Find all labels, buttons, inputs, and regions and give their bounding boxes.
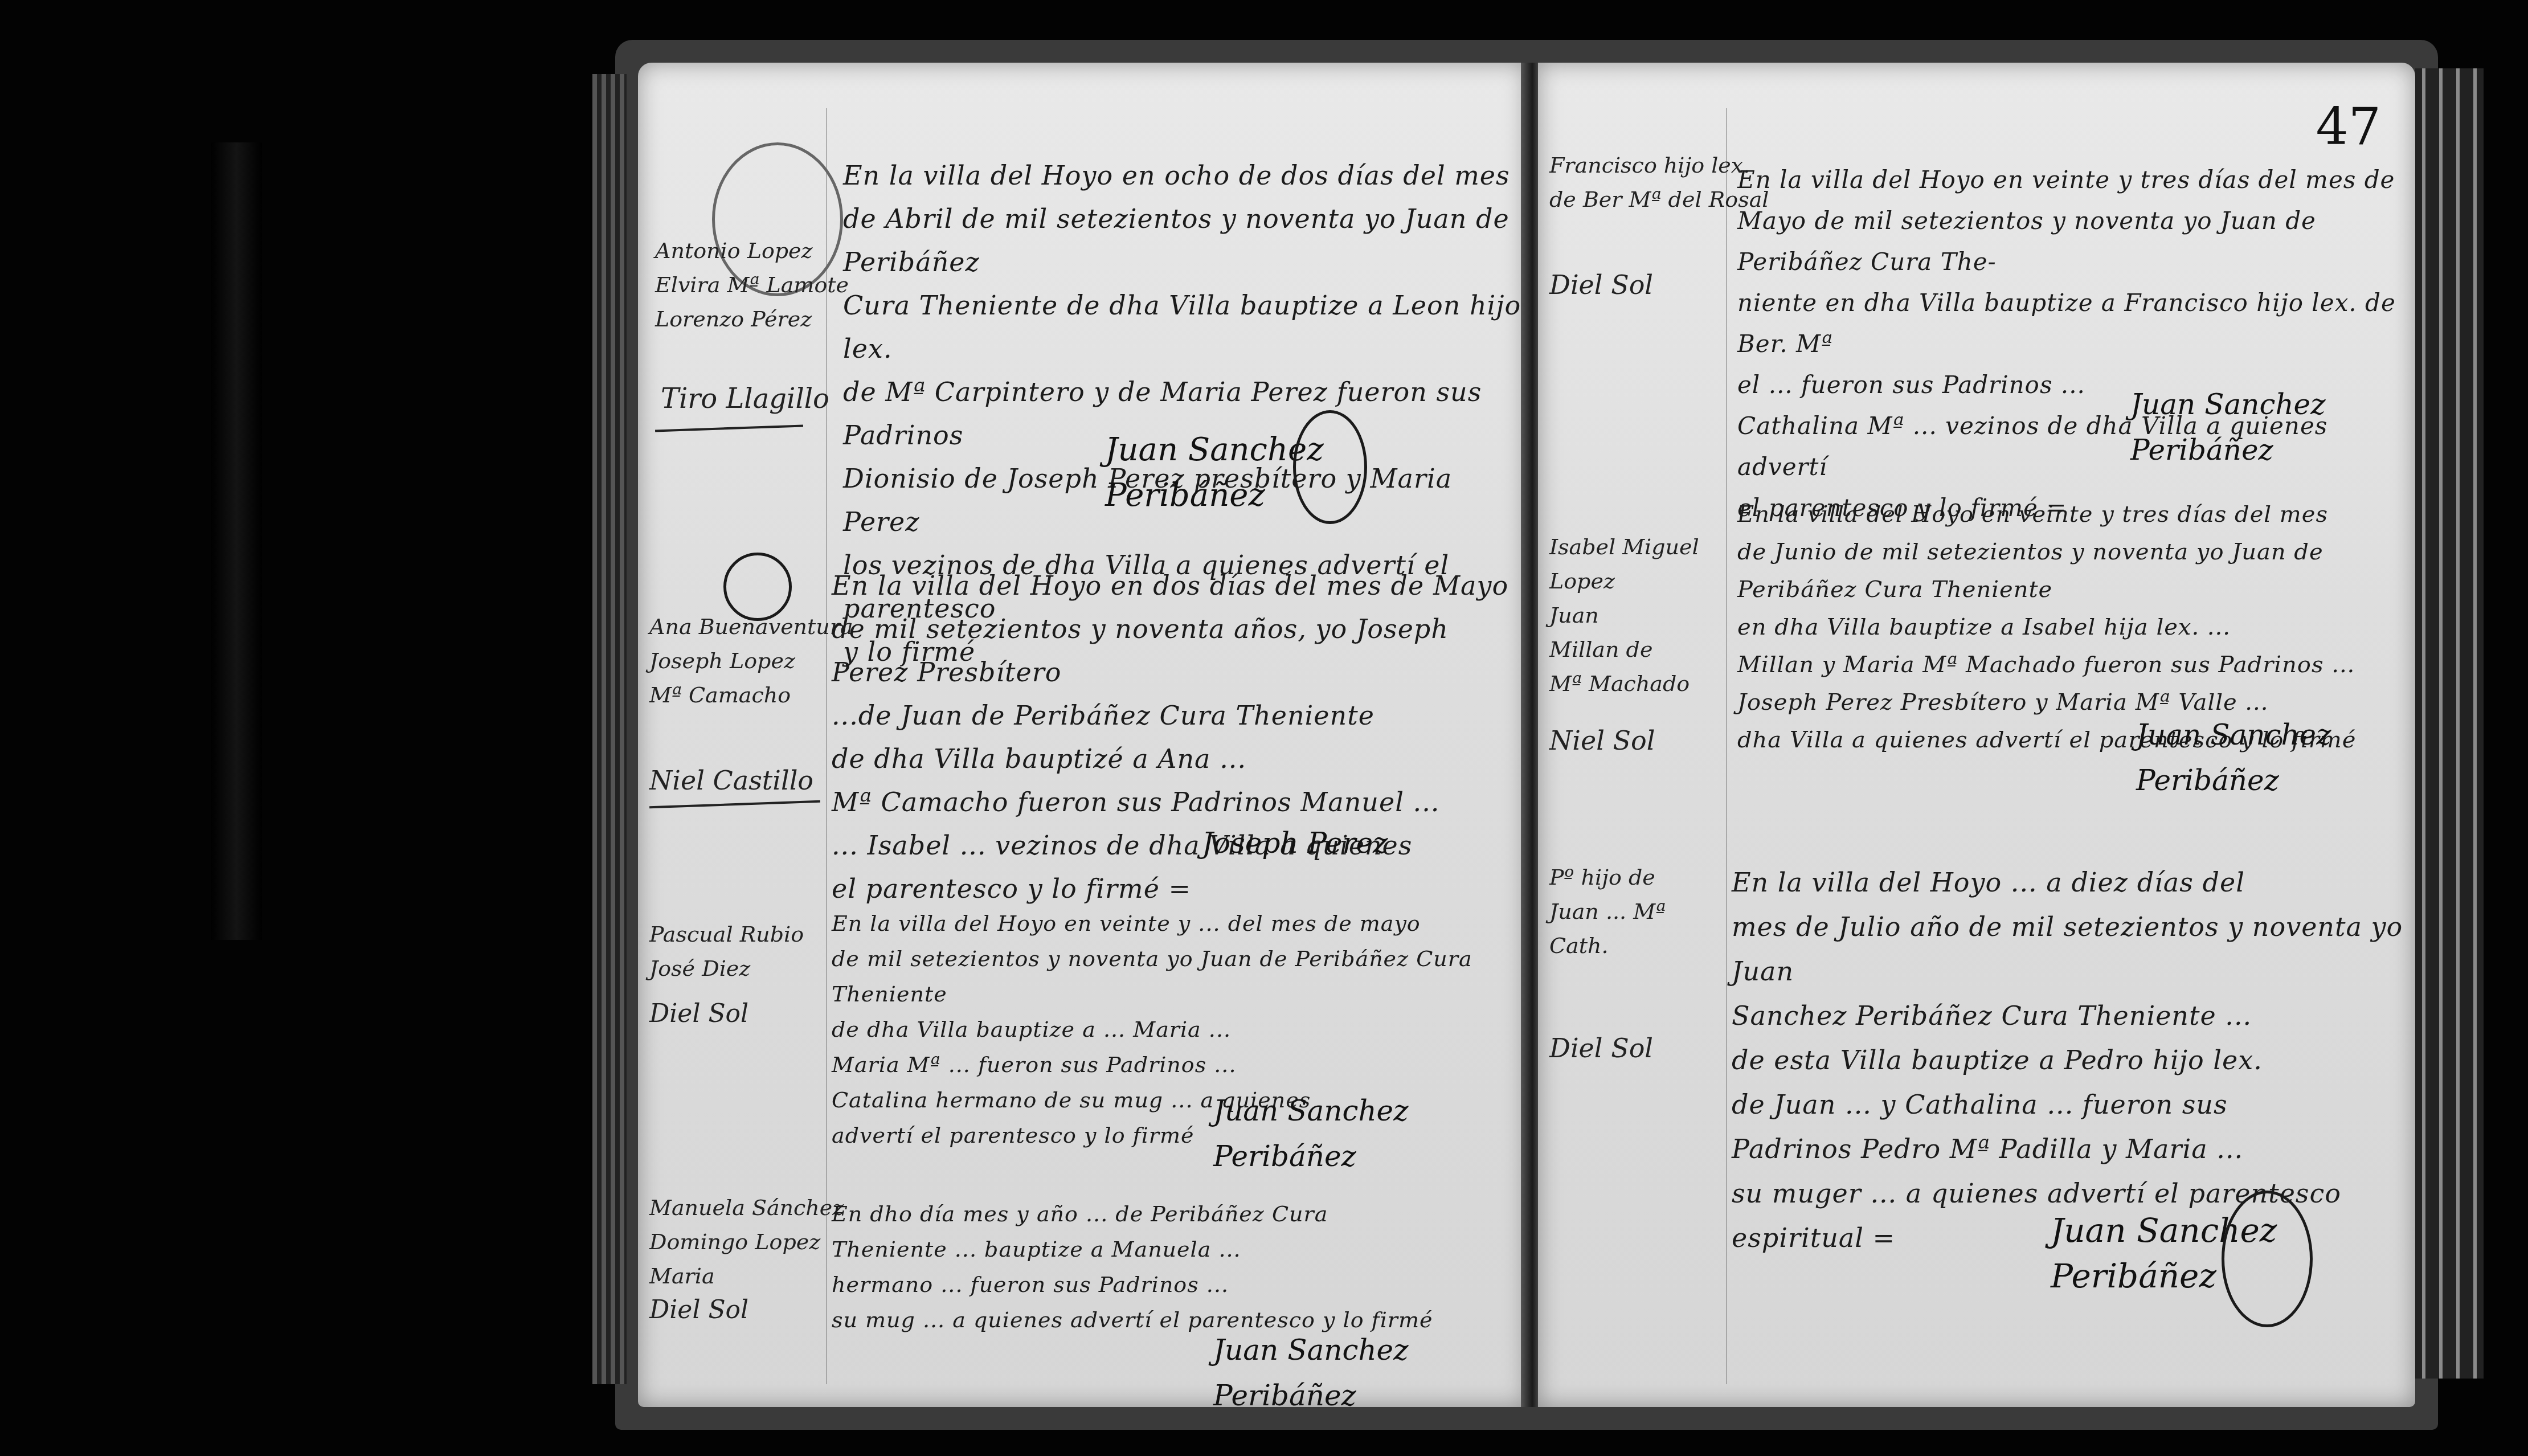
baptism-entry: En la villa del Hoyo en veinte y tres dí… xyxy=(1737,159,2415,529)
open-register-book: Antonio Lopez Elvira Mª Lamote Lorenzo P… xyxy=(615,40,2438,1430)
margin-note: Diel Sol xyxy=(649,997,748,1031)
signature-flourish xyxy=(2222,1191,2313,1327)
divider-line xyxy=(655,424,803,432)
page-edges xyxy=(2415,68,2484,1379)
signature: Joseph Perez xyxy=(1202,820,1388,866)
signature: Juan Sanchez Peribáñez xyxy=(1213,1327,1409,1418)
margin-note: Pascual Rubio José Diez xyxy=(649,917,804,985)
margin-rule xyxy=(1726,108,1727,1384)
margin-note: Pº hijo de Juan ... Mª Cath. xyxy=(1549,860,1666,963)
signature: Juan Sanchez Peribáñez xyxy=(2130,382,2326,473)
margin-note: Niel Sol xyxy=(1549,723,1655,758)
margin-note: Tiro Llagillo xyxy=(661,382,829,416)
margin-note: Diel Sol xyxy=(1549,1031,1653,1065)
margin-note: Antonio Lopez Elvira Mª Lamote Lorenzo P… xyxy=(655,234,849,336)
margin-note: Manuela Sánchez Domingo Lopez Maria xyxy=(649,1191,844,1293)
divider-line xyxy=(649,800,820,808)
page-edges xyxy=(592,74,627,1384)
margin-note: Francisco hijo lex. de Ber Mª del Rosal xyxy=(1549,148,1769,216)
baptism-entry: En la villa del Hoyo en veinte y ... del… xyxy=(832,906,1527,1153)
baptism-entry: En dho día mes y año ... de Peribáñez Cu… xyxy=(832,1196,1433,1338)
margin-note: Ana Buenaventura Joseph Lopez Mª Camacho xyxy=(649,610,853,712)
signature-flourish xyxy=(1293,410,1367,524)
page-number: 47 xyxy=(2316,97,2381,157)
margin-note: Niel Castillo xyxy=(649,763,813,797)
signature: Juan Sanchez Peribáñez xyxy=(1105,427,1324,518)
baptism-entry: En la villa del Hoyo ... a diez días del… xyxy=(1732,860,2415,1260)
background-shadow xyxy=(211,142,262,940)
margin-note: Isabel Miguel Lopez Juan Millan de Mª Ma… xyxy=(1549,530,1699,701)
margin-note: Diel Sol xyxy=(649,1293,748,1327)
left-page: Antonio Lopez Elvira Mª Lamote Lorenzo P… xyxy=(638,63,1527,1407)
signature: Juan Sanchez Peribáñez xyxy=(2136,712,2331,803)
baptism-entry: En la villa del Hoyo en dos días del mes… xyxy=(832,564,1527,910)
margin-note: Diel Sol xyxy=(1549,268,1653,302)
right-page: 47 Francisco hijo lex. de Ber Mª del Ros… xyxy=(1538,63,2415,1407)
signature: Juan Sanchez Peribáñez xyxy=(1213,1088,1409,1179)
